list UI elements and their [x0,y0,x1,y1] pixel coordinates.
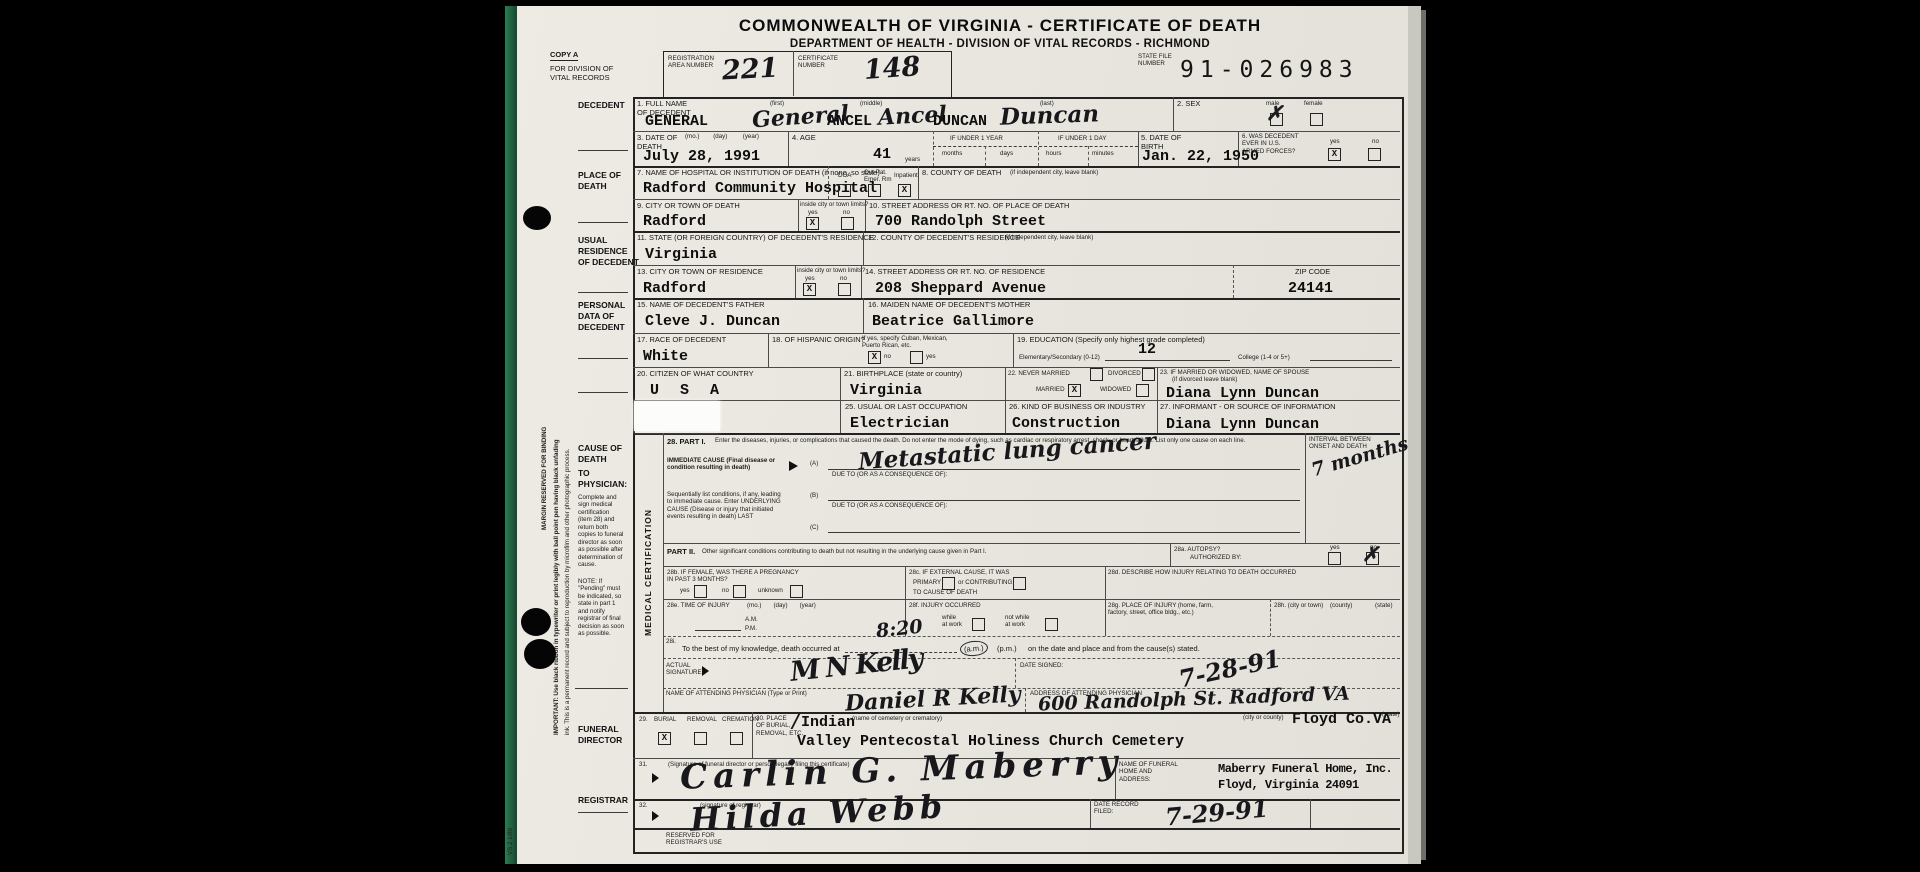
limits-residence-yes-label: yes [805,275,815,282]
guide-dash [575,688,628,689]
line-a-label: (A) [810,460,818,467]
rule [1173,97,1174,131]
armed-forces-label: 6. WAS DECEDENT EVER IN U.S. ARMED FORCE… [1242,133,1299,155]
checkbox-armed-forces-no [1368,148,1381,161]
checkbox-emer-rm [868,184,881,197]
medical-certification-cell: MEDICAL CERTIFICATION [633,433,663,712]
certificate-number-label: CERTIFICATE NUMBER [798,55,838,70]
county-of-death-sublabel: (if independent city, leave blank) [1010,169,1098,176]
rule [663,543,1400,544]
injury-county-label: (county) [1330,602,1352,609]
due-to-a-label: DUE TO (OR AS A CONSEQUENCE OF): [832,471,947,478]
date-filed-label: DATE RECORD FILED: [1094,801,1139,816]
binding-edge-strip [505,6,517,864]
rule [1005,367,1006,433]
rule [1138,131,1139,166]
rule [828,469,1300,470]
injury-occurred-label: 28f. INJURY OCCURRED [909,602,981,609]
citizen-value: U S A [650,382,725,399]
race-label: 17. RACE OF DECEDENT [637,335,726,344]
rule [1105,566,1106,636]
guide-dash [578,292,628,293]
rule [633,265,1400,266]
checkbox-limits-death-no [841,217,854,230]
education-elementary-label: Elementary/Secondary (0-12) [1019,354,1100,361]
page-edge [1408,6,1421,864]
burial-place-typed-1: Indian [801,714,855,731]
burial-state-sublabel: (state) [1382,711,1400,718]
checkbox-married: X [1068,384,1081,397]
cemetery-sublabel: (name of cemetery or crematory) [852,715,942,722]
rule [933,146,1138,147]
checkbox-pregnancy-no [733,585,746,598]
pm-option: (p.m.) [997,644,1017,653]
rule [663,599,1400,600]
education-college-label: College (1-4 or 5+) [1238,354,1290,361]
due-to-b-label: DUE TO (OR AS A CONSEQUENCE OF): [832,502,947,509]
checkbox-sex-female [1310,113,1323,126]
section-registrar: REGISTRAR [578,795,628,806]
part2-label: PART II. [667,547,695,556]
checkbox-removal [694,732,707,745]
external-cause-label: 28c. IF EXTERNAL CAUSE, IT WAS [909,569,1010,576]
not-while-at-work-label: not while at work [1005,614,1029,629]
line-b-label: (B) [810,492,818,499]
checkbox-pregnancy-yes [694,585,707,598]
burial-slash-hw: / [792,710,799,732]
am-option: (a.m.) [959,640,988,658]
registration-area-value: 221 [721,53,779,87]
hispanic-yes-label: yes [926,353,936,360]
rule [918,166,919,199]
arrow-right-icon [652,811,659,821]
redaction-box [634,401,720,431]
street-residence-value: 208 Sheppard Avenue [875,280,1046,297]
guide-dash [578,358,628,359]
checkbox-limits-residence-yes: X [803,283,816,296]
rule [633,433,1400,435]
state-residence-label: 11. STATE (OR FOREIGN COUNTRY) OF DECEDE… [637,233,874,242]
occupation-label: 25. USUAL OR LAST OCCUPATION [845,402,967,411]
rule [663,658,1400,659]
checkbox-hispanic-no: X [868,351,881,364]
zip-label: ZIP CODE [1295,267,1330,276]
section-to-physician: TO PHYSICIAN: [578,468,627,490]
checkbox-inpatient: X [898,184,911,197]
guide-dash [578,392,628,393]
checkbox-limits-residence-no [838,283,851,296]
burial-city-value: Floyd Co.VA [1292,711,1391,728]
rule [1233,265,1234,298]
reserved-label: RESERVED FOR REGISTRAR'S USE [666,832,722,847]
age-value: 41 [873,146,891,163]
birthplace-label: 21. BIRTHPLACE (state or country) [844,369,962,378]
rule [828,500,1300,501]
informant-value: Diana Lynn Duncan [1166,416,1319,433]
limits-death-label: inside city or town limits? [800,201,868,208]
rule [798,199,799,231]
rule [633,333,1400,334]
certify-text-1: To the best of my knowledge, death occur… [682,644,840,653]
registration-area-label: REGISTRATION AREA NUMBER [668,55,714,70]
under-1-day-label: IF UNDER 1 DAY [1058,135,1106,142]
rule [663,566,1400,567]
limits-residence-label: inside city or town limits? [797,267,865,274]
section-place-of-death: PLACE OF DEATH [578,170,621,192]
rule [788,131,789,166]
married-label: MARRIED [1036,386,1065,393]
checkmark-autopsy-no: ✗ [1362,542,1379,566]
am-circled: (a.m.) [960,641,988,656]
funeral-home-label: NAME OF FUNERAL HOME AND ADDRESS: [1119,761,1178,783]
section-usual-residence: USUAL RESIDENCE OF DECEDENT [578,235,639,268]
registrar-sig-item-label: 32. [639,802,648,809]
arrow-right-icon [702,666,709,676]
checkbox-never-married [1090,368,1103,381]
contributing-label: or CONTRIBUTING [958,579,1012,586]
rule [768,333,769,367]
hispanic-no-label: no [884,353,891,360]
occupation-value: Electrician [850,415,949,432]
removal-label: REMOVAL [687,716,717,723]
checkbox-burial: X [658,732,671,745]
informant-label: 27. INFORMANT - OR SOURCE OF INFORMATION [1160,402,1336,411]
certificate-title: COMMONWEALTH OF VIRGINIA - CERTIFICATE O… [690,16,1310,36]
checkbox-hispanic-yes [910,351,923,364]
full-name-typed-last: DUNCAN [933,113,987,130]
never-married-label: 22. NEVER MARRIED [1008,370,1070,377]
am-label: A.M. [745,616,758,623]
checkbox-autopsy-yes [1328,552,1341,565]
rule [1310,360,1392,361]
disposition-item-label: 29. [639,716,648,723]
physician-note: Complete and sign medical certification … [578,494,623,568]
rule [1088,146,1089,166]
rule [663,433,664,712]
street-of-death-value: 700 Randolph Street [875,213,1046,230]
hours-label: hours [1046,150,1061,157]
pm-label: P.M. [745,625,757,632]
certify-item-label: 28i. [666,638,676,645]
birthplace-value: Virginia [850,382,922,399]
arrow-right-icon [789,461,798,471]
date-of-death-value: July 28, 1991 [643,148,760,165]
limits-death-yes-label: yes [808,209,818,216]
certificate-subtitle: DEPARTMENT OF HEALTH - DIVISION OF VITAL… [690,38,1310,50]
rule [1038,131,1039,166]
rule [1270,599,1271,636]
checkmark-sex-male: ✗ [1266,101,1283,125]
date-signed-label: DATE SIGNED: [1020,662,1063,669]
full-name-typed-first: GENERAL [645,113,708,130]
checkbox-widowed [1136,384,1149,397]
how-injury-label: 28d. DESCRIBE HOW INJURY RELATING TO DEA… [1108,569,1296,576]
hole-punch [521,608,551,636]
doa-label: DOA [838,172,851,179]
limits-residence-no-label: no [840,275,847,282]
county-residence-sublabel: (if independent city, leave blank) [1005,234,1093,241]
actual-signature-label: ACTUAL SIGNATURE [666,662,702,677]
rule [695,630,741,631]
minutes-label: minutes [1092,150,1114,157]
rule [1090,799,1091,828]
rule [863,298,864,333]
burial-label: BURIAL [654,716,676,723]
street-residence-label: 14. STREET ADDRESS OR RT. NO. OF RESIDEN… [865,267,1045,276]
section-decedent: DECEDENT [578,100,625,111]
state-residence-value: Virginia [645,246,717,263]
sex-female-label: female [1304,100,1323,107]
rule [663,636,1400,637]
certificate-number-value: 148 [863,51,921,86]
funeral-sig-item-label: 31. [639,761,648,768]
place-of-injury-label: 28g. PLACE OF INJURY (home, farm, factor… [1108,602,1213,617]
while-at-work-label: while at work [942,614,962,629]
to-cause-label: TO CAUSE OF DEATH [913,589,977,596]
full-name-typed-middle: ANCEL [827,113,872,130]
checkbox-cremation [730,732,743,745]
guide-dash [578,222,628,223]
page-edge-shadow [1421,10,1426,860]
months-label: months [942,150,962,157]
emer-rm-label: Out Pat. Emer. Rm [864,169,892,184]
checkbox-armed-forces-yes: X [1328,148,1341,161]
business-label: 26. KIND OF BUSINESS OR INDUSTRY [1009,402,1146,411]
mother-label: 16. MAIDEN NAME OF DECEDENT'S MOTHER [868,300,1030,309]
rule [828,532,1300,533]
checkbox-limits-death-yes: X [806,217,819,230]
hispanic-label: 18. OF HISPANIC ORIGIN? [772,335,865,344]
spouse-value: Diana Lynn Duncan [1166,385,1319,402]
attending-physician-label: NAME OF ATTENDING PHYSICIAN (Type or Pri… [666,690,807,697]
burial-city-sublabel: (city or county) [1243,714,1284,721]
inpatient-label: Inpatient [894,172,918,179]
rule [1157,367,1158,433]
checkbox-pregnancy-unknown [790,585,803,598]
county-of-death-label: 8. COUNTY OF DEATH [922,168,1001,177]
time-of-injury-label: 28e. TIME OF INJURY [667,602,730,609]
city-residence-value: Radford [643,280,706,297]
divorced-label: DIVORCED [1108,370,1141,377]
immediate-cause-label: IMMEDIATE CAUSE (Final disease or condit… [667,457,775,472]
section-funeral-director: FUNERAL DIRECTOR [578,724,622,746]
margin-important-line2: ink. This is a permanent record and subj… [564,145,571,735]
rule [985,146,986,166]
funeral-home-value-1: Maberry Funeral Home, Inc. [1218,762,1392,776]
education-value: 12 [1138,341,1156,358]
pregnancy-no-label: no [722,587,729,594]
injury-city-label: 28h. (city or town) [1274,602,1323,609]
under-1-year-label: IF UNDER 1 YEAR [950,135,1003,142]
hole-punch [523,206,551,230]
checkbox-while-at-work [972,618,985,631]
rule [1025,688,1026,712]
rule [1310,799,1311,828]
rule [633,712,1400,714]
scanned-death-certificate: VS 2 1/89 MARGIN RESERVED FOR BINDING IM… [0,0,1920,872]
hispanic-sublabel: If yes, specify Cuban, Mexican, Puerto R… [862,335,948,350]
section-cause-of-death: CAUSE OF DEATH [578,443,630,465]
rule [633,199,1400,200]
pregnancy-unknown-label: unknown [758,587,783,594]
rule [795,265,796,298]
pregnancy-yes-label: yes [680,587,690,594]
zip-value: 24141 [1288,280,1333,297]
checkbox-divorced [1142,368,1155,381]
street-of-death-label: 10. STREET ADDRESS OR RT. NO. OF PLACE O… [869,201,1069,210]
primary-label: PRIMARY [913,579,941,586]
armed-forces-no-label: no [1372,138,1379,145]
checkbox-not-while-at-work [1045,618,1058,631]
guide-dash [578,150,628,151]
city-of-death-label: 9. CITY OR TOWN OF DEATH [637,201,740,210]
rule [633,131,1400,132]
hole-punch [524,639,556,669]
autopsy-label: 28a. AUTOPSY? [1174,546,1220,553]
rule [1170,543,1171,566]
age-label: 4. AGE [792,133,816,142]
physician-note-2: NOTE: If "Pending" must be indicated, so… [578,578,624,638]
margin-binding-text: MARGIN RESERVED FOR BINDING [541,280,548,530]
time-of-injury-sublabels: (mo.) (day) (year) [747,602,816,609]
spouse-sublabel: (if divorced leave blank) [1172,376,1237,383]
arrow-right-icon [652,773,659,783]
form-number: VS 2 1/89 [507,775,514,855]
education-label: 19. EDUCATION (Specify only highest grad… [1017,335,1205,344]
date-of-death-sublabels: (mo.) (day) (year) [685,133,759,140]
full-name-hw-last: Duncan [1000,100,1100,130]
checkbox-contributing [1013,577,1026,590]
guide-dash [578,812,628,813]
rule [1013,333,1014,367]
part1-label: 28. PART I. [667,437,706,446]
cremation-label: CREMATION [722,716,759,723]
mother-value: Beatrice Gallimore [872,313,1034,330]
race-value: White [643,348,688,365]
pregnancy-label: 28b. IF FEMALE, WAS THERE A PREGNANCY IN… [667,569,799,584]
section-personal-data: PERSONAL DATA OF DECEDENT [578,300,625,333]
business-value: Construction [1012,415,1120,432]
age-years-label: years [905,156,920,163]
funeral-home-value-2: Floyd, Virginia 24091 [1218,778,1359,792]
widowed-label: WIDOWED [1100,386,1131,393]
state-file-value: 91-026983 [1180,57,1359,83]
father-value: Cleve J. Duncan [645,313,780,330]
rule [793,51,794,96]
rule [1305,433,1306,543]
days-label: days [1000,150,1013,157]
line-c-label: (C) [810,524,819,531]
county-residence-label: 12. COUNTY OF DECEDENT'S RESIDENCE [868,233,1020,242]
medical-certification-label: MEDICAL CERTIFICATION [643,509,653,636]
injury-state-label: (state) [1375,602,1393,609]
sex-label: 2. SEX [1177,99,1200,108]
autopsy-yes-label: yes [1330,544,1340,551]
rule [933,131,934,166]
father-label: 15. NAME OF DECEDENT'S FATHER [637,300,765,309]
rule [1105,360,1230,361]
city-residence-label: 13. CITY OR TOWN OF RESIDENCE [637,267,763,276]
sequential-label: Sequentially list conditions, if any, le… [667,491,781,521]
checkbox-doa [838,184,851,197]
rule [840,367,841,433]
part2-text: Other significant conditions contributin… [702,548,986,555]
copy-label: COPY A [550,50,578,61]
citizen-label: 20. CITIZEN OF WHAT COUNTRY [637,369,754,378]
city-of-death-value: Radford [643,213,706,230]
certify-text-2: on the date and place and from the cause… [1028,644,1200,653]
copy-for-label: FOR DIVISION OF VITAL RECORDS [550,64,613,83]
state-file-label: STATE FILE NUMBER [1138,53,1172,68]
authorized-by-label: AUTHORIZED BY: [1190,554,1242,561]
limits-death-no-label: no [843,209,850,216]
rule [633,367,1400,368]
armed-forces-yes-label: yes [1330,138,1340,145]
